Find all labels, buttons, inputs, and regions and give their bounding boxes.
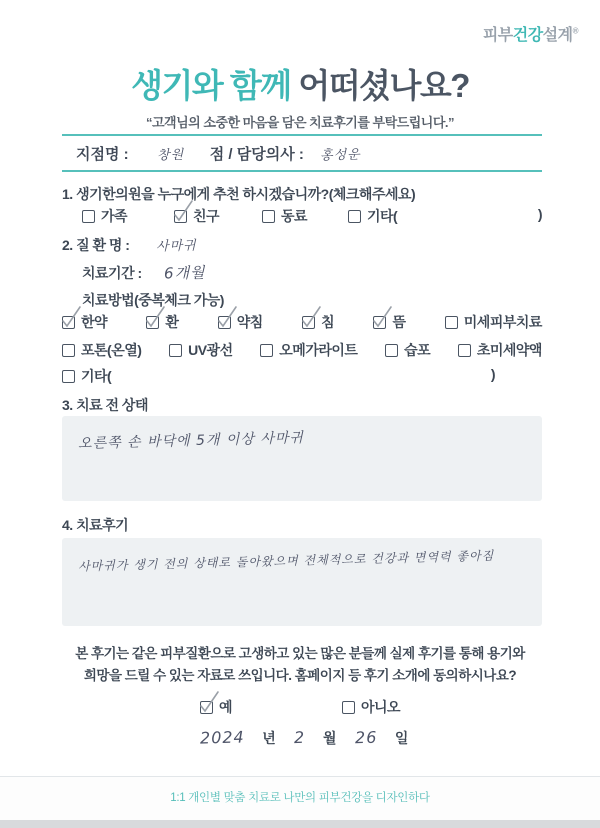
period-label: 치료기간 : — [82, 265, 142, 281]
photo-bottom-edge — [0, 820, 600, 828]
page-title-accent: 생기와 함께 — [131, 67, 291, 104]
checkbox-pharmacopuncture: 약침 — [218, 312, 263, 332]
date-year-label: 년 — [262, 728, 276, 748]
page-subtitle: “고객님의 소중한 마음을 담은 치료후기를 부탁드립니다.” — [0, 112, 600, 131]
review-form-page: 피부건강설계® 생기와 함께 어떠셨나요? “고객님의 소중한 마음을 담은 치… — [0, 0, 600, 828]
footer-tagline: 1:1 개인별 맞춤 치료로 나만의 피부건강을 디자인하다 — [170, 789, 429, 805]
checkbox-label: 환 — [165, 312, 178, 332]
date-year-value: 2024 — [199, 727, 244, 747]
checkbox-box — [82, 210, 95, 223]
checkbox-omega-light: 오메가라이트 — [260, 340, 357, 360]
checkbox-label: 포톤(온열) — [81, 340, 141, 360]
checkbox-box — [458, 344, 471, 357]
checkbox-moxibustion: 뜸 — [373, 312, 405, 332]
checkbox-uv-light: UV광선 — [169, 340, 233, 360]
q3-answer-box: 오른쪽 손 바닥에 5개 이상 사마귀 — [62, 416, 542, 501]
checkbox-label: 동료 — [281, 206, 307, 226]
period-value: 6개월 — [164, 261, 206, 283]
q4-answer-box: 사마귀가 생기 전의 상태로 돌아왔으며 전체적으로 건강과 면역력 좋아짐 — [62, 538, 542, 626]
checkbox-box — [385, 344, 398, 357]
consent-options: 예 아니오 — [0, 697, 600, 717]
checkbox-micro-skin-treatment: 미세피부치료 — [445, 312, 542, 332]
q3-answer-value: 오른쪽 손 바닥에 5개 이상 사마귀 — [78, 427, 304, 453]
checkbox-label: 친구 — [193, 206, 219, 226]
checkbox-label: 예 — [219, 697, 232, 717]
checkbox-label: 약침 — [237, 312, 263, 332]
branch-label: 지점명 : — [76, 143, 129, 164]
checkbox-label: 기타( — [81, 366, 111, 386]
brand-logo-prefix: 피부 — [483, 27, 513, 44]
checkmark-icon — [144, 305, 166, 329]
q4-answer-value: 사마귀가 생기 전의 상태로 돌아왔으며 전체적으로 건강과 면역력 좋아짐 — [78, 547, 495, 575]
doctor-value: 홍성운 — [320, 143, 361, 163]
checkbox-label: 오메가라이트 — [279, 340, 357, 360]
checkmark-icon — [371, 305, 393, 329]
checkbox-box — [169, 344, 182, 357]
checkbox-label: 미세피부치료 — [464, 312, 542, 332]
date-row: 2024 년 2 월 26 일 — [0, 728, 600, 748]
q1-close-paren: ) — [538, 206, 542, 226]
disease-value: 사마귀 — [156, 234, 197, 254]
checkbox-box — [62, 316, 75, 329]
disease-label: 2. 질 환 명 : — [62, 237, 129, 253]
checkbox-label: UV광선 — [188, 340, 233, 360]
date-month-value: 2 — [294, 728, 306, 747]
page-title-rest: 어떠셨나요? — [291, 67, 469, 104]
checkbox-box — [146, 316, 159, 329]
checkbox-box — [373, 316, 386, 329]
checkbox-box — [62, 370, 75, 383]
checkbox-pill: 환 — [146, 312, 178, 332]
checkbox-colleague: 동료 — [262, 206, 348, 226]
checkmark-icon — [300, 305, 322, 329]
checkmark-icon — [60, 305, 82, 329]
checkbox-family: 가족 — [82, 206, 174, 226]
checkbox-box — [342, 701, 355, 714]
doctor-label: 점 / 담당의사 : — [210, 143, 304, 164]
checkbox-box — [445, 316, 458, 329]
methods-row-2: 포톤(온열) UV광선 오메가라이트 습포 초미세약액 — [62, 340, 542, 360]
brand-logo: 피부건강설계® — [483, 22, 578, 45]
date-month-label: 월 — [323, 728, 337, 748]
checkbox-box — [200, 701, 213, 714]
checkbox-herbal-medicine: 한약 — [62, 312, 107, 332]
info-row: 지점명 : 창원 점 / 담당의사 : 홍성운 — [62, 134, 542, 172]
checkbox-label: 초미세약액 — [477, 340, 542, 360]
q1-options: 가족 친구 동료 기타( ) — [82, 206, 542, 226]
checkbox-label: 기타( — [367, 206, 397, 226]
checkmark-icon — [216, 305, 238, 329]
consent-line-2: 희망을 드릴 수 있는 자료로 쓰입니다. 홈페이지 등 후기 소개에 동의하시… — [30, 665, 570, 687]
checkbox-label: 아니오 — [361, 697, 400, 717]
checkmark-icon — [198, 690, 220, 714]
consent-line-1: 본 후기는 같은 피부질환으로 고생하고 있는 많은 분들께 실제 후기를 통해… — [30, 643, 570, 665]
checkbox-box — [62, 344, 75, 357]
branch-value: 창원 — [156, 143, 184, 163]
checkbox-friend: 친구 — [174, 206, 262, 226]
checkbox-photon-heat: 포톤(온열) — [62, 340, 141, 360]
checkbox-box — [262, 210, 275, 223]
footer: 1:1 개인별 맞춤 치료로 나만의 피부건강을 디자인하다 — [0, 776, 600, 828]
registered-mark-icon: ® — [573, 27, 578, 36]
checkbox-label: 침 — [321, 312, 334, 332]
date-day-label: 일 — [395, 728, 409, 748]
checkbox-acupuncture: 침 — [302, 312, 334, 332]
disease-row: 2. 질 환 명 : 사마귀 — [62, 235, 197, 255]
methods-row-1: 한약 환 약침 침 뜸 미세피부치료 — [62, 312, 542, 332]
checkbox-box — [260, 344, 273, 357]
checkbox-label: 뜸 — [392, 312, 405, 332]
checkmark-icon — [172, 199, 194, 223]
page-title: 생기와 함께 어떠셨나요? — [0, 60, 600, 107]
checkbox-other: 기타( — [348, 206, 397, 226]
brand-logo-suffix: 설계 — [543, 27, 573, 44]
checkbox-ultra-fine-solution: 초미세약액 — [458, 340, 542, 360]
checkbox-label: 가족 — [101, 206, 127, 226]
checkbox-box — [218, 316, 231, 329]
checkbox-box — [174, 210, 187, 223]
brand-logo-accent: 건강 — [513, 27, 543, 44]
q3-title: 3. 치료 전 상태 — [62, 395, 148, 415]
methods-close-paren: ) — [491, 366, 495, 386]
checkbox-label: 습포 — [404, 340, 430, 360]
checkbox-no: 아니오 — [342, 697, 400, 717]
q4-title: 4. 치료후기 — [62, 515, 128, 535]
checkbox-yes: 예 — [200, 697, 232, 717]
methods-row-3: 기타( ) — [62, 366, 495, 386]
period-row: 치료기간 : 6개월 — [82, 262, 206, 283]
consent-text: 본 후기는 같은 피부질환으로 고생하고 있는 많은 분들께 실제 후기를 통해… — [30, 643, 570, 686]
checkbox-method-other: 기타( — [62, 366, 111, 386]
date-day-value: 26 — [354, 728, 377, 748]
checkbox-wet-pack: 습포 — [385, 340, 430, 360]
checkbox-label: 한약 — [81, 312, 107, 332]
q1-title: 1. 생기한의원을 누구에게 추천 하시겠습니까?(체크해주세요) — [62, 184, 415, 204]
checkbox-box — [302, 316, 315, 329]
checkbox-box — [348, 210, 361, 223]
